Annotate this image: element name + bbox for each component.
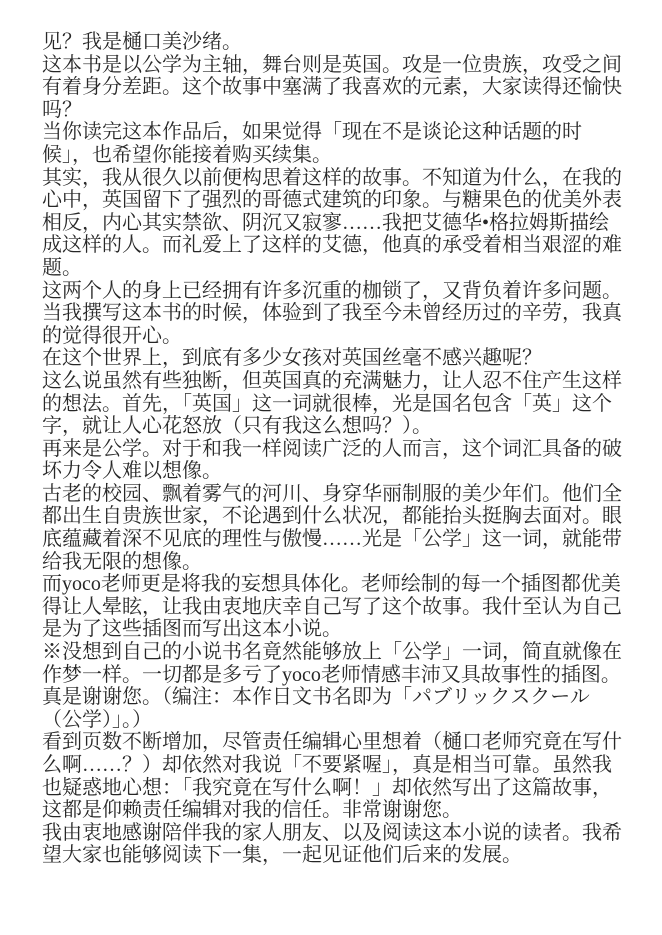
afterword-text: 见？我是樋口美沙绪。这本书是以公学为主轴，舞台则是英国。攻是一位贵族，攻受之间有… (42, 31, 632, 867)
text-line: 字，就让人心花怒放（只有我这么想吗？）。 (42, 415, 632, 438)
text-line: ※没想到自己的小说书名竟然能够放上「公学」一词，简直就像在 (42, 641, 632, 664)
text-line: 底蕴藏着深不见底的理性与傲慢……光是「公学」这一词，就能带 (42, 528, 632, 551)
text-line: 的想法。首先，「英国」这一词就很棒，光是国名包含「英」这个 (42, 393, 632, 416)
text-line: 是为了这些插图而写出这本小说。 (42, 618, 632, 641)
text-line: 这么说虽然有些独断，但英国真的充满魅力，让人忍不住产生这样 (42, 370, 632, 393)
text-line: 古老的校园、飘着雾气的河川、身穿华丽制服的美少年们。他们全 (42, 483, 632, 506)
text-line: 见？我是樋口美沙绪。 (42, 31, 632, 54)
text-line: 相反，内心其实禁欲、阴沉又寂寥……我把艾德华•格拉姆斯描绘 (42, 212, 632, 235)
text-line: 也疑惑地心想：「我究竟在写什么啊！」却依然写出了这篇故事， (42, 777, 632, 800)
text-line: 望大家也能够阅读下一集，一起见证他们后来的发展。 (42, 844, 632, 867)
text-line: 候」，也希望你能接着购买续集。 (42, 144, 632, 167)
text-line: 这本书是以公学为主轴，舞台则是英国。攻是一位贵族，攻受之间 (42, 54, 632, 77)
text-line: 都出生自贵族世家，不论遇到什么状况，都能抬头挺胸去面对。眼 (42, 505, 632, 528)
text-line: 当你读完这本作品后，如果觉得「现在不是谈论这种话题的时 (42, 121, 632, 144)
text-line: 真是谢谢您。（编注：本作日文书名即为「パブリックスクール (42, 686, 632, 709)
text-line: 我由衷地感谢陪伴我的家人朋友、以及阅读这本小说的读者。我希 (42, 822, 632, 845)
text-line: 给我无限的想像。 (42, 551, 632, 574)
text-line: 在这个世界上，到底有多少女孩对英国丝毫不感兴趣呢？ (42, 347, 632, 370)
text-line: 题。 (42, 257, 632, 280)
text-line: 吗？ (42, 99, 632, 122)
text-line: 其实，我从很久以前便构思着这样的故事。不知道为什么，在我的 (42, 167, 632, 190)
afterword-page: 见？我是樋口美沙绪。这本书是以公学为主轴，舞台则是英国。攻是一位贵族，攻受之间有… (0, 0, 662, 935)
text-line: 成这样的人。而礼爱上了这样的艾德，他真的承受着相当艰涩的难 (42, 234, 632, 257)
text-line: 当我撰写这本书的时候，体验到了我至今未曾经历过的辛劳，我真 (42, 302, 632, 325)
text-line: 的觉得很开心。 (42, 325, 632, 348)
text-line: 坏力令人难以想像。 (42, 460, 632, 483)
text-line: 这两个人的身上已经拥有许多沉重的枷锁了，又背负着许多问题。 (42, 280, 632, 303)
text-line: 有着身分差距。这个故事中塞满了我喜欢的元素，大家读得还愉快 (42, 76, 632, 99)
text-line: 而yoco老师更是将我的妄想具体化。老师绘制的每一个插图都优美 (42, 573, 632, 596)
text-line: 看到页数不断增加，尽管责任编辑心里想着（樋口老师究竟在写什 (42, 731, 632, 754)
text-line: 这都是仰赖责任编辑对我的信任。非常谢谢您。 (42, 799, 632, 822)
text-line: 么啊……？）却依然对我说「不要紧喔」，真是相当可靠。虽然我 (42, 754, 632, 777)
text-line: 心中，英国留下了强烈的哥德式建筑的印象。与糖果色的优美外表 (42, 189, 632, 212)
text-line: 再来是公学。对于和我一样阅读广泛的人而言，这个词汇具备的破 (42, 438, 632, 461)
text-line: （公学）」。） (42, 709, 632, 732)
text-line: 作梦一样。一切都是多亏了yoco老师情感丰沛又具故事性的插图。 (42, 664, 632, 687)
text-line: 得让人晕眩，让我由衷地庆幸自己写了这个故事。我什至认为自己 (42, 596, 632, 619)
